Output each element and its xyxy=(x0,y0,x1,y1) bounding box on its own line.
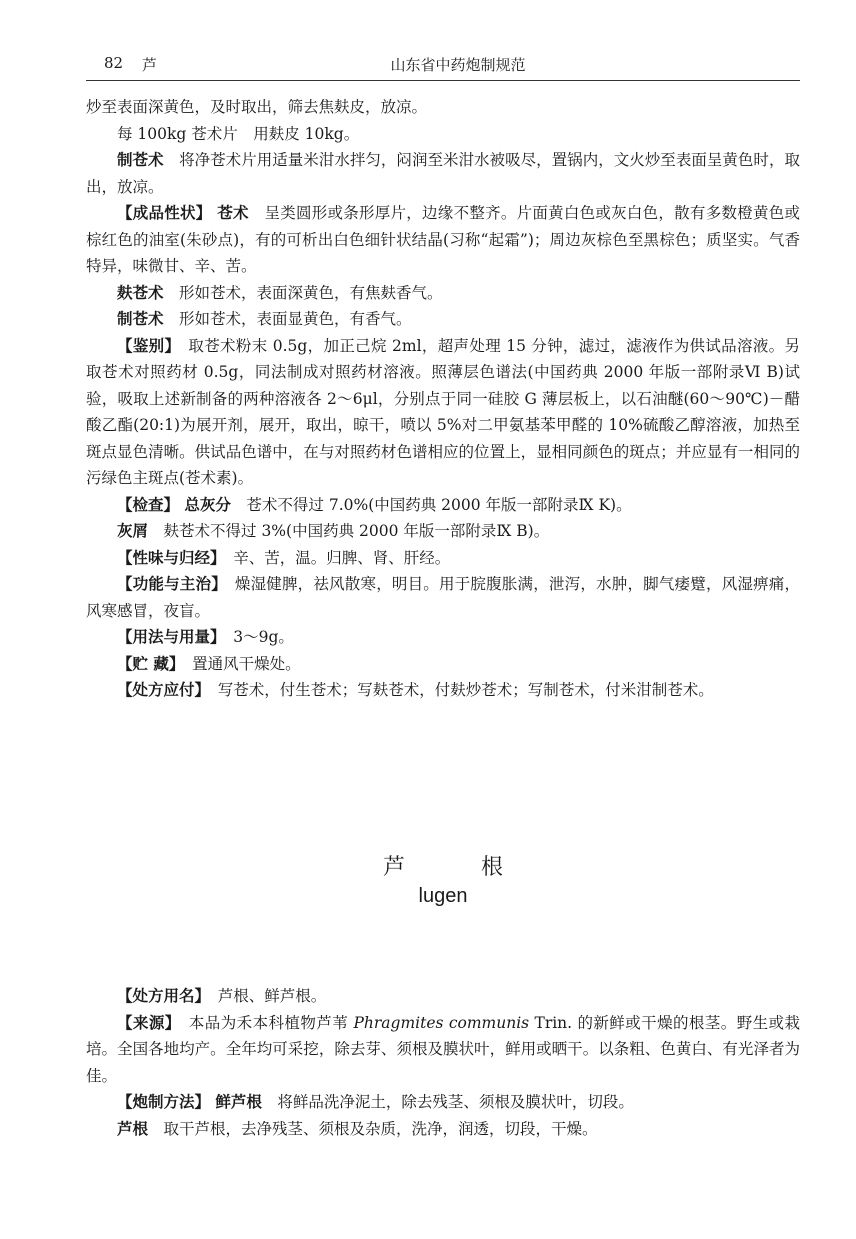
paragraph: 【功能与主治】 燥湿健脾，祛风散寒，明目。用于脘腹胀满，泄泻，水肿，脚气痿躄，风… xyxy=(86,571,800,624)
header-rule xyxy=(86,80,800,81)
item-label: 【性味与归经】 xyxy=(117,549,218,567)
item-label: 【用法与用量】 xyxy=(117,628,218,646)
item-label: 【检查】 总灰分 xyxy=(117,496,231,514)
item-label: 制苍术 xyxy=(117,310,164,328)
paragraph: 【成品性状】 苍术 呈类圆形或条形厚片，边缘不整齐。片面黄白色或灰白色，散有多数… xyxy=(86,200,800,280)
paragraph: 【贮 藏】 置通风干燥处。 xyxy=(86,651,800,678)
item-label: 【功能与主治】 xyxy=(117,575,219,593)
item-label: 【成品性状】 苍术 xyxy=(117,204,249,222)
entry-title: 芦根 xyxy=(86,850,800,881)
paragraph: 【处方应付】 写苍术，付生苍术；写麸苍术，付麸炒苍术；写制苍术，付米泔制苍术。 xyxy=(86,677,800,704)
paragraph: 【处方用名】 芦根、鲜芦根。 xyxy=(86,983,800,1010)
book-title: 山东省中药炮制规范 xyxy=(86,54,800,75)
item-label: 【炮制方法】 鲜芦根 xyxy=(117,1093,262,1111)
item-label: 【贮 藏】 xyxy=(117,655,177,673)
item-label: 制苍术 xyxy=(117,151,164,169)
paragraph: 【炮制方法】 鲜芦根 将鲜品洗净泥土，除去残茎、须根及膜状叶，切段。 xyxy=(86,1089,800,1116)
paragraph: 【鉴别】 取苍术粉末 0.5g，加正己烷 2ml，超声处理 15 分钟，滤过，滤… xyxy=(86,333,800,492)
item-label: 芦根 xyxy=(117,1120,148,1138)
item-label: 【处方应付】 xyxy=(117,681,202,699)
paragraph: 制苍术 形如苍术，表面显黄色，有香气。 xyxy=(86,306,800,333)
paragraph: 每 100kg 苍术片 用麸皮 10kg。 xyxy=(86,121,800,148)
section-lugen: 【处方用名】 芦根、鲜芦根。 【来源】 本品为禾本科植物芦苇 Phragmite… xyxy=(86,983,800,1142)
item-label: 【鉴别】 xyxy=(117,337,173,355)
paragraph: 【性味与归经】 辛、苦，温。归脾、肾、肝经。 xyxy=(86,545,800,572)
paragraph: 制苍术 将净苍术片用适量米泔水拌匀，闷润至米泔水被吸尽，置锅内，文火炒至表面呈黄… xyxy=(86,147,800,200)
entry-pinyin: lugen xyxy=(86,885,800,908)
paragraph: 炒至表面深黄色，及时取出，筛去焦麸皮，放凉。 xyxy=(86,94,800,121)
item-label: 灰屑 xyxy=(117,522,148,540)
paragraph: 【用法与用量】 3～9g。 xyxy=(86,624,800,651)
latin-name: Phragmites communis xyxy=(353,1014,529,1032)
section-cangzhu-continued: 炒至表面深黄色，及时取出，筛去焦麸皮，放凉。 每 100kg 苍术片 用麸皮 1… xyxy=(86,94,800,704)
paragraph: 麸苍术 形如苍术，表面深黄色，有焦麸香气。 xyxy=(86,280,800,307)
paragraph: 芦根 取干芦根，去净残茎、须根及杂质，洗净，润透，切段，干燥。 xyxy=(86,1116,800,1143)
paragraph: 【检查】 总灰分 苍术不得过 7.0%(中国药典 2000 年版一部附录Ⅸ K)… xyxy=(86,492,800,519)
item-label: 【处方用名】 xyxy=(117,987,202,1005)
item-label: 【来源】 xyxy=(117,1014,173,1032)
paragraph: 【来源】 本品为禾本科植物芦苇 Phragmites communis Trin… xyxy=(86,1010,800,1090)
page-header: 82 芦 山东省中药炮制规范 xyxy=(86,52,800,80)
paragraph: 灰屑 麸苍术不得过 3%(中国药典 2000 年版一部附录Ⅸ B)。 xyxy=(86,518,800,545)
entry-heading: 芦根 lugen xyxy=(86,850,800,908)
item-label: 麸苍术 xyxy=(117,284,164,302)
